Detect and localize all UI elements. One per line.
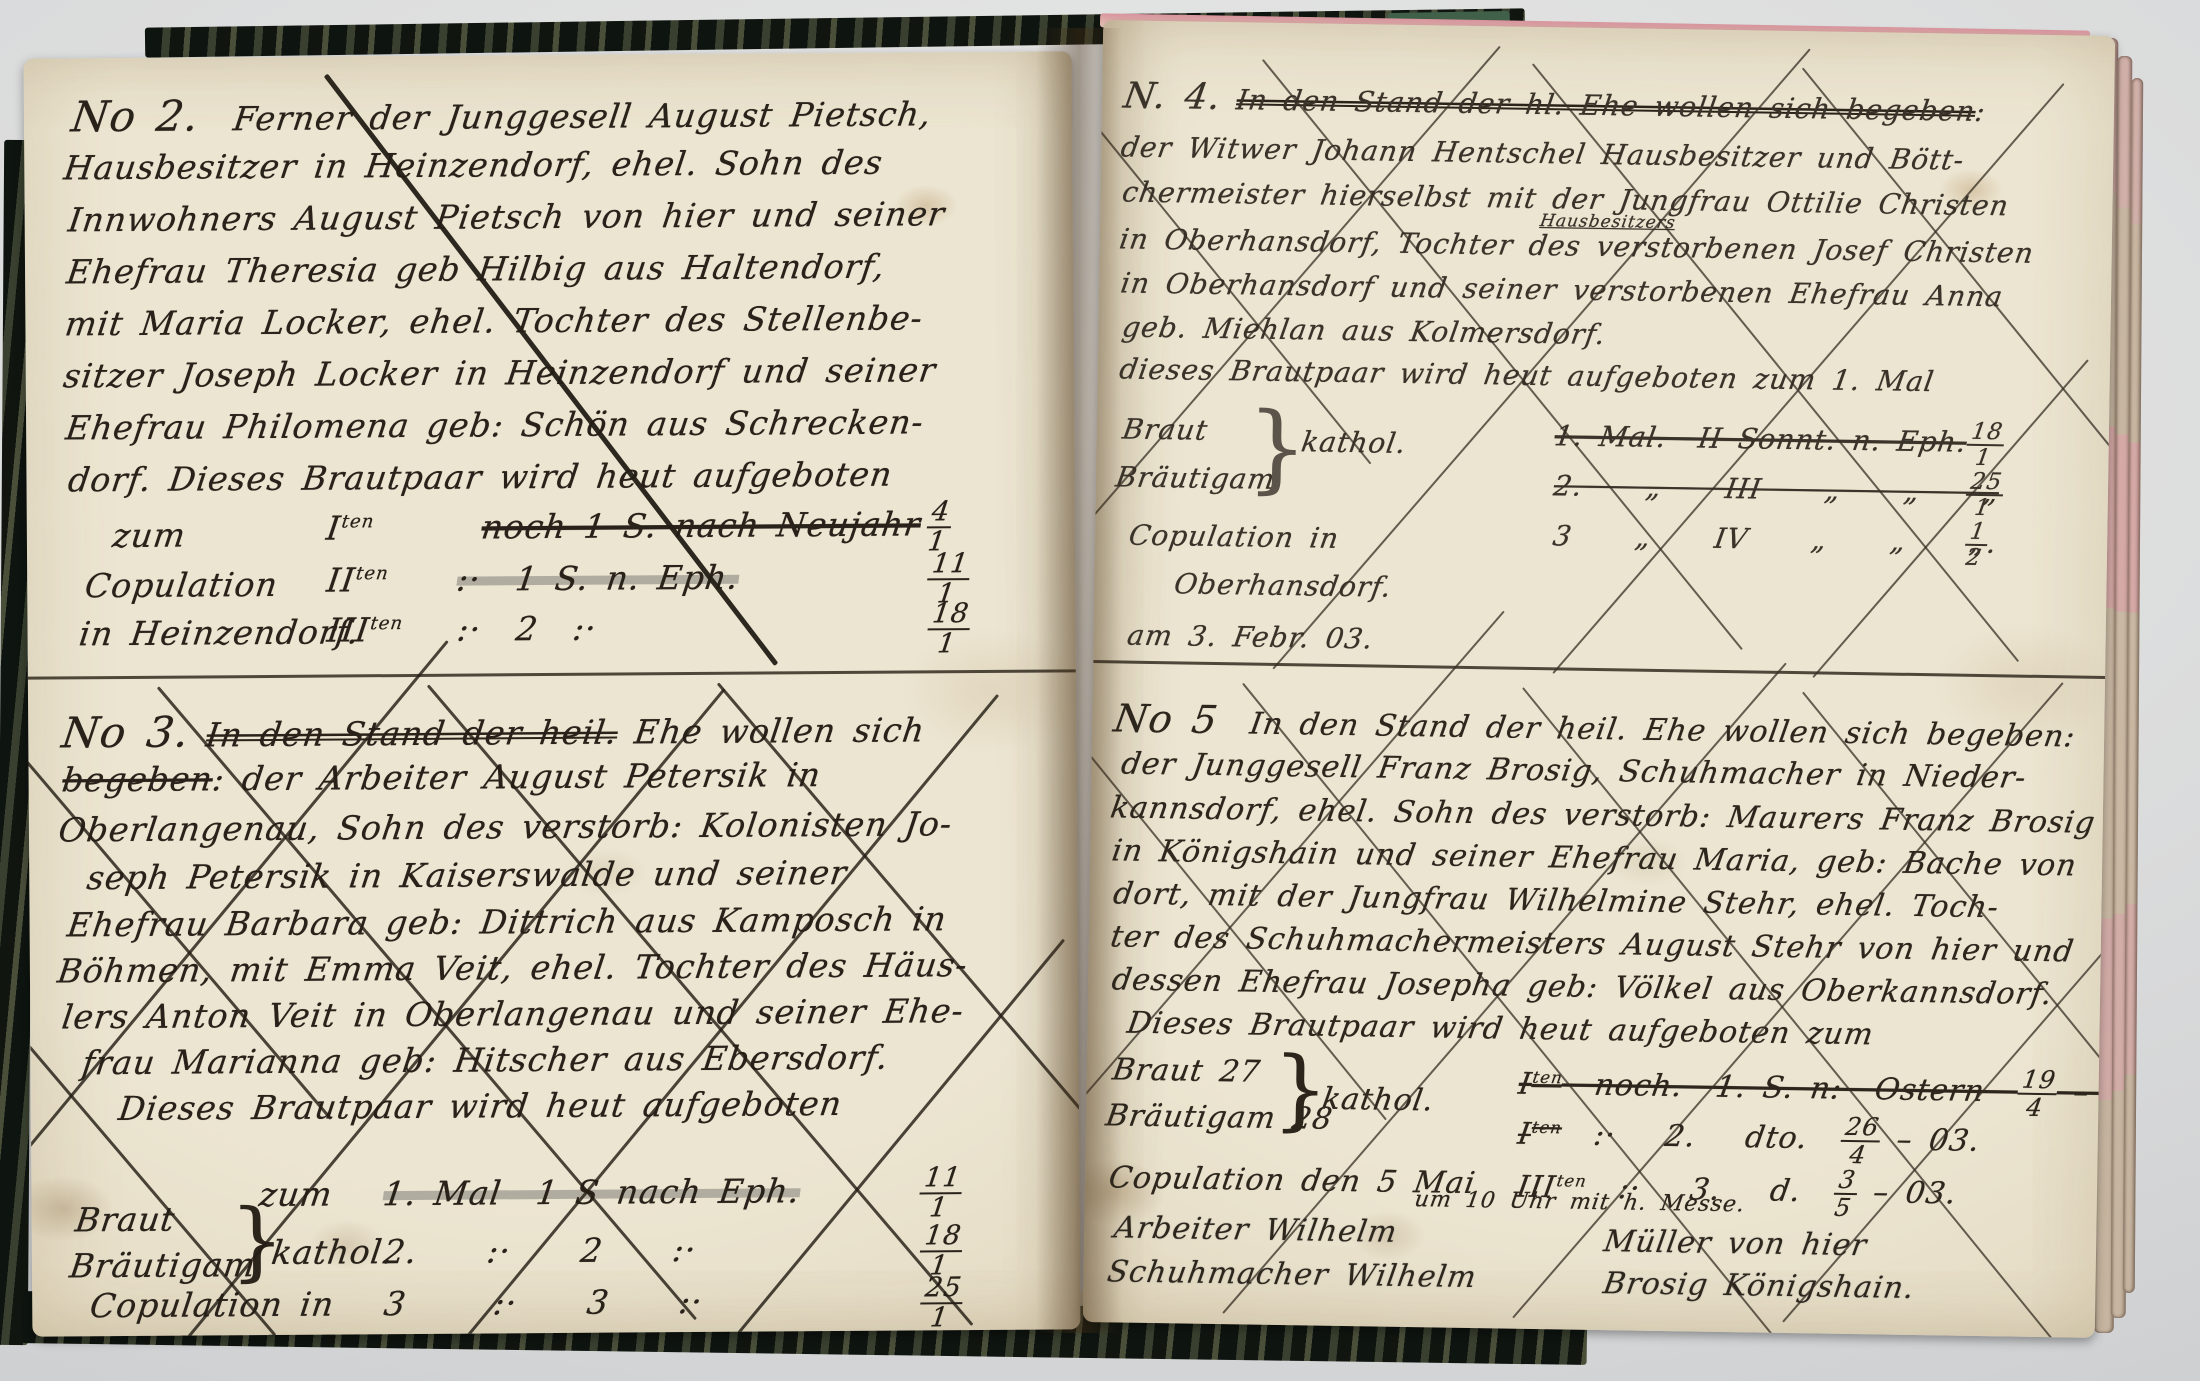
handwritten-line: kannsdorf, ehel. Sohn des verstorb: Maur… [1108, 790, 2098, 840]
handwritten-line: mit Maria Locker, ehel. Tochter des Stel… [63, 298, 926, 343]
handwritten-line: Dieses Brautpaar wird heut aufgeboten [116, 1084, 844, 1128]
copulation-date: am 3. Febr. 03. [1125, 619, 1376, 656]
banns-note: 3 :· 3 :· [382, 1282, 706, 1323]
banns-date: 181 [924, 600, 974, 659]
copulation-time: um 10 Uhr mit h. Messe. [1413, 1187, 1747, 1217]
handwritten-line: begeben: der Arbeiter August Petersik in [60, 755, 824, 799]
page-stains [24, 51, 1081, 1336]
handwritten-line: No 2. Ferner der Junggesell August Piets… [69, 86, 935, 141]
banns-date: 111 [916, 1164, 966, 1223]
left-page: No 2. Ferner der Junggesell August Piets… [24, 51, 1081, 1336]
banns-row: IIten [325, 560, 391, 599]
handwritten-line: geb. Miehlan aus Kolmersdorf. [1120, 311, 1608, 352]
handwritten-line: der Witwer Johann Hentschel Hausbesitzer… [1119, 130, 1967, 176]
handwritten-line: dorf. Dieses Brautpaar wird heut aufgebo… [66, 455, 895, 500]
strike-line [1812, 359, 2089, 678]
copulation-label: Copulation in [1127, 519, 1342, 555]
banns-date: 251 [916, 1274, 966, 1333]
entry-number: No 2. [69, 91, 203, 141]
pencil-note: Arbeiter Wilhelm [1112, 1210, 1400, 1249]
pencil-note: Schuhmacher Wilhelm [1105, 1254, 1479, 1295]
handwritten-line: der Junggesell Franz Brosig, Schuhmacher… [1119, 747, 2029, 796]
banns-row: IIIten [325, 610, 405, 650]
brace-glyph: } [1246, 404, 1308, 491]
handwritten-line: Hausbesitzer in Heinzendorf, ehel. Sohn … [62, 143, 886, 188]
right-page: N. 4. In den Stand der hl. Ehe wollen si… [1083, 20, 2115, 1338]
entry-number: N. 4. [1121, 76, 1224, 118]
handwritten-line: in Oberhansdorf und seiner verstorbenen … [1119, 266, 2006, 313]
pencil-note: Müller von hier [1601, 1224, 1869, 1263]
banns-note-struck: noch 1 S. nach Neujahr [479, 504, 923, 546]
handwritten-line: N. 4. In den Stand der hl. Ehe wollen si… [1121, 76, 1989, 130]
banns-note: 3 „ IV „ „ „ [1551, 519, 1988, 559]
entry-divider-rule [28, 669, 1076, 679]
handwritten-line: No 5 In den Stand der heil. Ehe wollen s… [1111, 696, 2080, 756]
confession-label: kathol. [269, 1232, 396, 1272]
handwritten-line: Ehefrau Barbara geb: Dittrich aus Kampos… [65, 899, 949, 944]
entry-divider-rule [1093, 660, 2105, 679]
brace-glyph: } [1272, 1049, 1329, 1129]
handwritten-line: Oberlangenau, Sohn des verstorb: Kolonis… [56, 804, 955, 849]
banns-note: :· 2 :· [455, 609, 599, 649]
handwritten-line: in Königshain und seiner Ehefrau Maria, … [1110, 833, 2080, 883]
bride-label: Braut 27 [1110, 1052, 1263, 1089]
copulation-place: Oberhansdorf. [1172, 567, 1395, 603]
banns-note-struck: 1. Mal. II Sonnt. n. Eph. [1552, 419, 1969, 458]
handwritten-line: Innwohners August Pietsch von hier und s… [66, 194, 947, 239]
banns-label: zum [110, 516, 188, 556]
banns-date: 181 [1963, 420, 2008, 471]
banns-row: Iten :· 2. dto. 264 – 03. [1514, 1109, 1984, 1170]
banns-note: 2. „ III „ „ „ [1551, 469, 2001, 509]
pencil-note: Brosig Königshain. [1601, 1266, 1917, 1306]
banns-label: in Heinzendorf. [77, 612, 362, 653]
banns-note: 1. Mal 1 S nach Eph. [381, 1171, 803, 1213]
handwritten-line: Böhmen, mit Emma Veit, ehel. Tochter des… [55, 945, 970, 990]
handwritten-line: No 3. In den Stand der heil. Ehe wollen … [59, 702, 929, 757]
banns-label: Copulation [83, 565, 281, 605]
handwritten-line: lers Anton Veit in Oberlangenau und sein… [60, 991, 967, 1036]
handwritten-line: dort, mit der Jungfrau Wilhelmine Stehr,… [1111, 876, 2002, 925]
handwritten-line: dessen Ehefrau Josepha geb: Völkel aus O… [1109, 962, 2055, 1012]
handwritten-line: seph Petersik in Kaiserswalde und seiner [85, 853, 850, 897]
handwritten-line: Ehefrau Philomena geb: Schön aus Schreck… [64, 402, 927, 447]
entry-number: No 3. [59, 708, 193, 758]
banns-row: Iten [324, 508, 376, 547]
entry-number: No 5 [1111, 696, 1221, 743]
banns-date: 12. [1961, 520, 2000, 571]
scanned-book-photo: No 2. Ferner der Junggesell August Piets… [0, 0, 2200, 1381]
handwritten-line: sitzer Joseph Locker in Heinzendorf und … [61, 350, 938, 395]
handwritten-line: ter des Schuhmachermeisters August Stehr… [1108, 919, 2076, 969]
strike-line [1083, 60, 1372, 465]
handwritten-line: in Oberhansdorf, Tochter des verstorbene… [1117, 222, 2036, 269]
